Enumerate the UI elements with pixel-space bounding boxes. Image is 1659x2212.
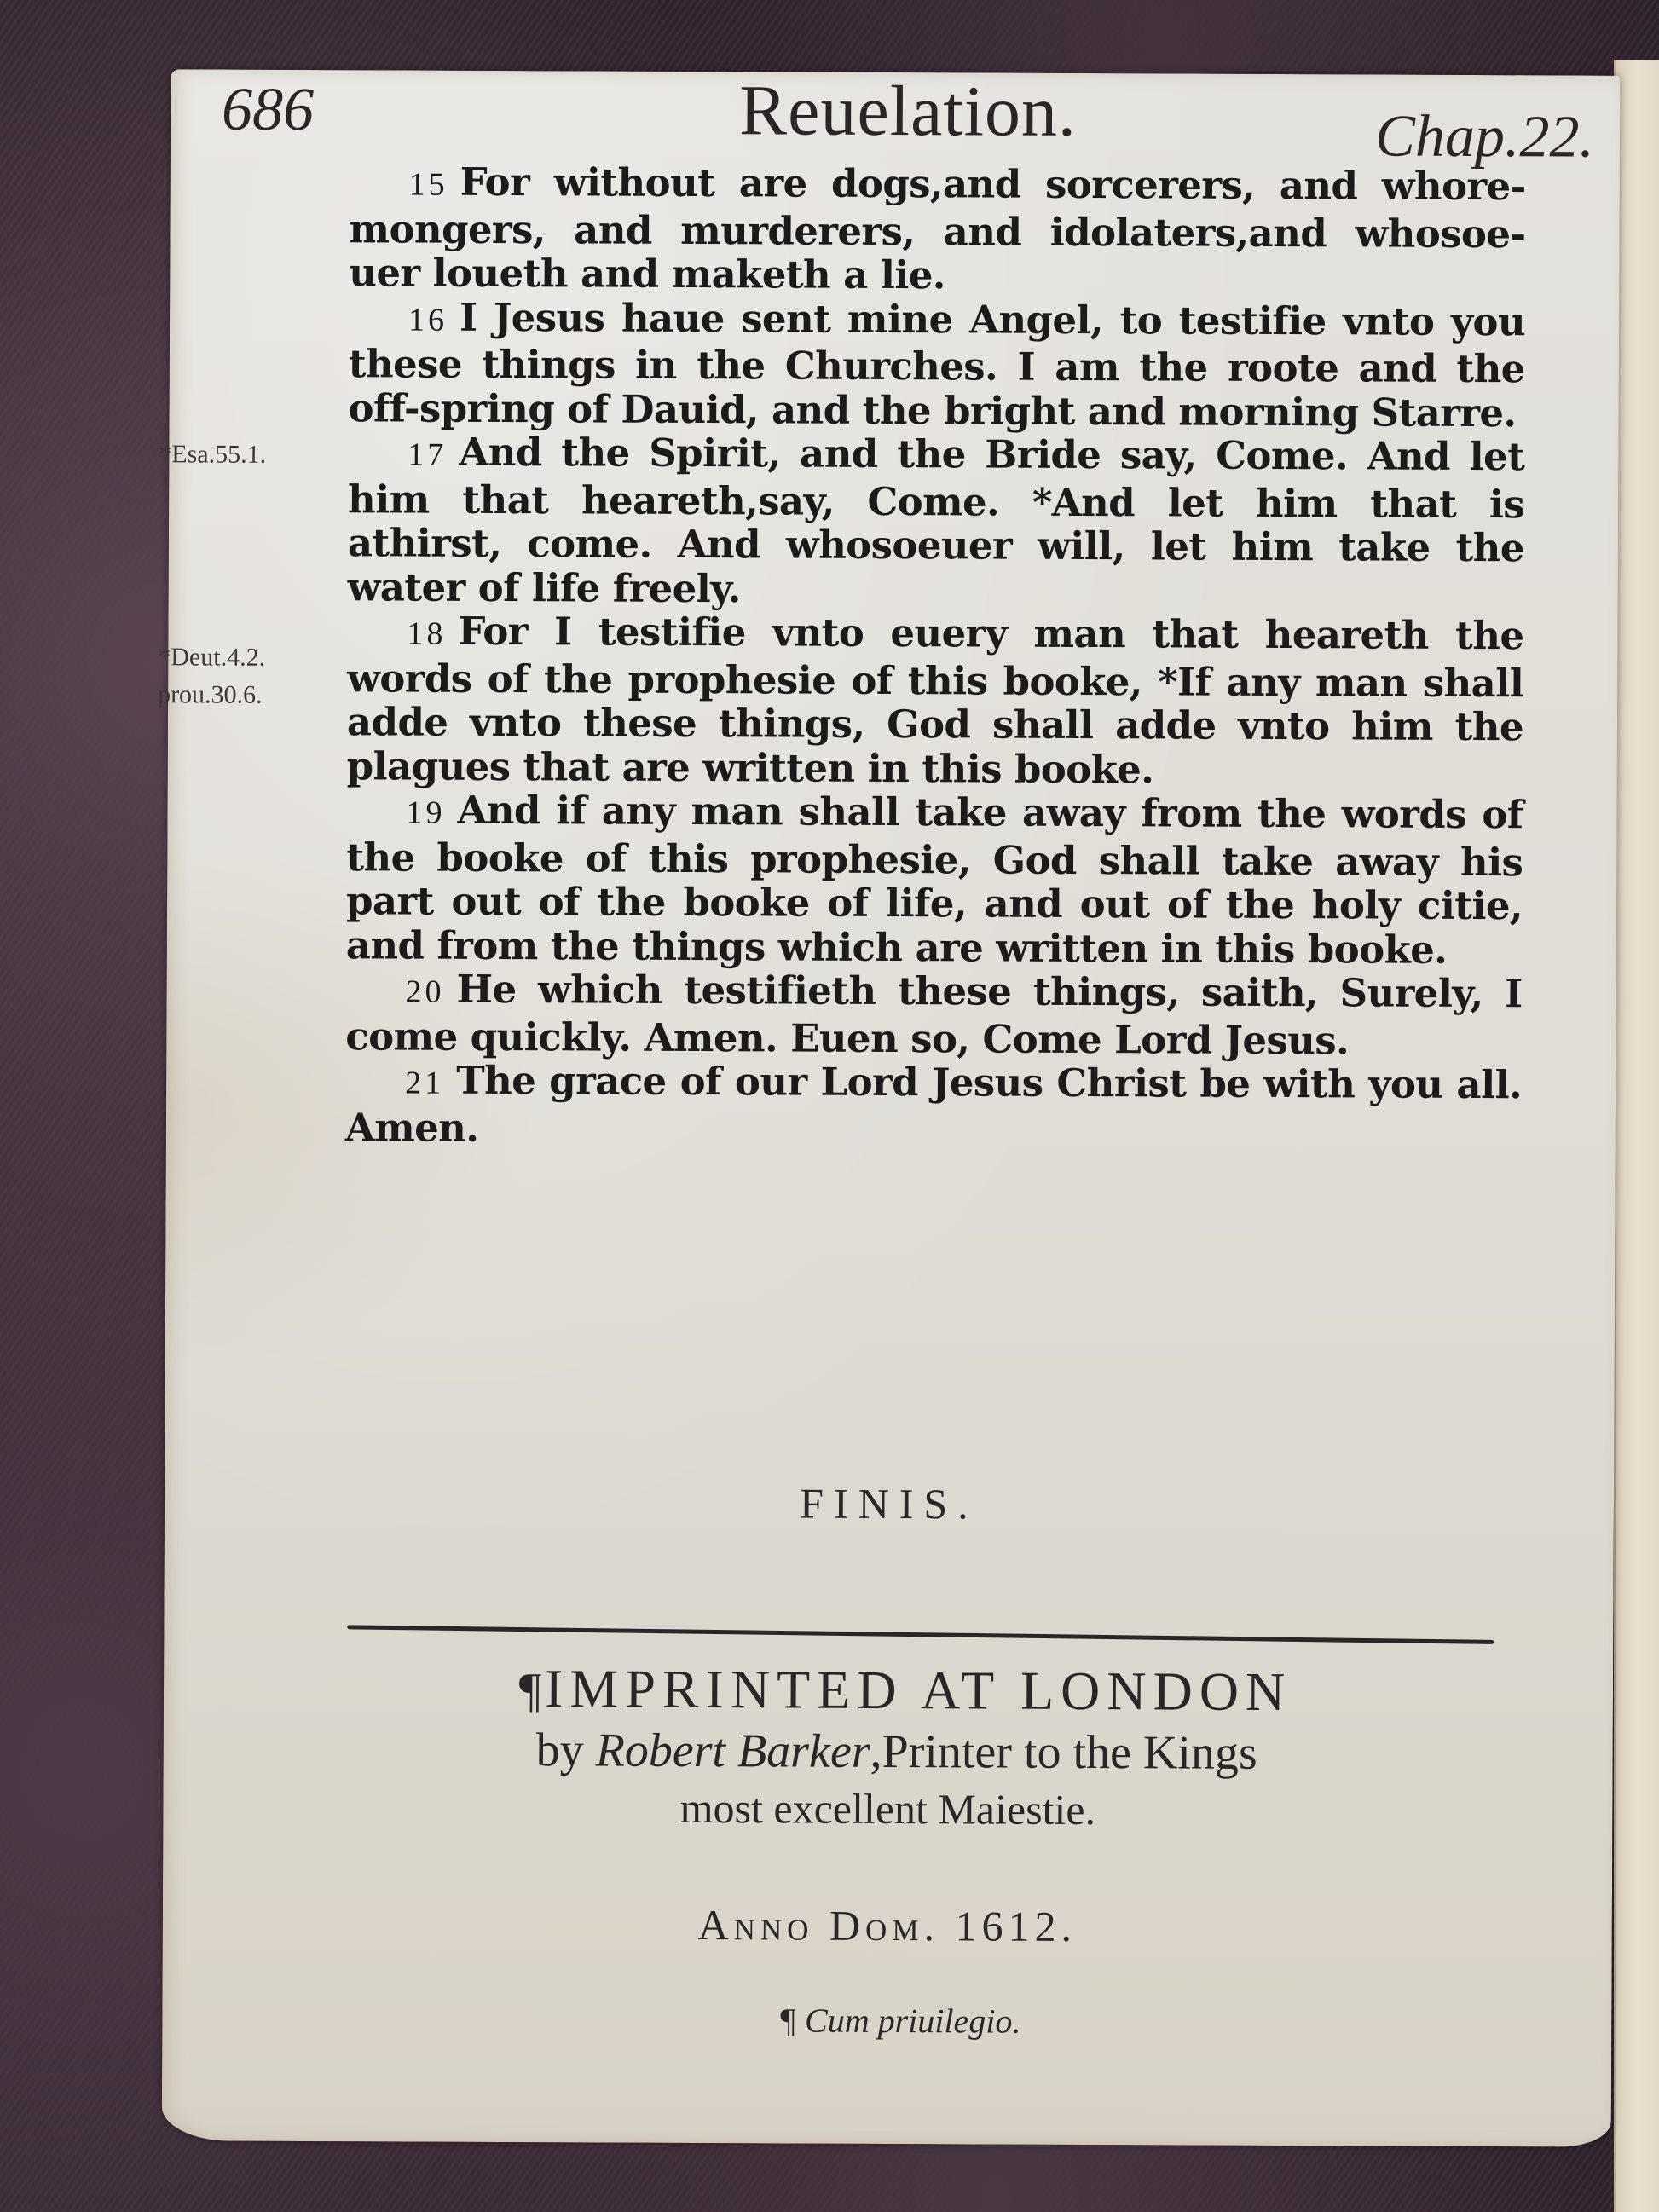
cum-privilegio: ¶ Cum priuilegio. — [162, 1997, 1611, 2043]
printer-name: Robert Barker — [596, 1724, 870, 1777]
verse-number: 17 — [408, 437, 447, 473]
imprint-heading: IMPRINTED AT LONDON — [545, 1658, 1292, 1722]
imprint-line-3: most excellent Maiestie. — [163, 1777, 1612, 1839]
anno-domini-date: Anno Dom. 1612. — [163, 1897, 1612, 1953]
imprint-printer-title: ,Printer to the Kings — [870, 1725, 1257, 1780]
book-page: 686 Reuelation. Chap.22. *Esa.55.1. *Deu… — [162, 69, 1621, 2146]
chapter-label: Chap.22. — [1375, 102, 1594, 171]
imprint-line-1: ¶IMPRINTED AT LONDON — [164, 1656, 1613, 1725]
verse-18: 18For I testifie vnto euery man that hea… — [347, 609, 1524, 793]
page-header: 686 Reuelation. Chap.22. — [222, 74, 1594, 174]
verse-19: 19And if any man shall take away from th… — [346, 788, 1523, 972]
margin-note-deut: *Deut.4.2. — [158, 638, 328, 677]
verse-text: And if any man shall take away from the … — [346, 788, 1523, 973]
verse-text: I Jesus haue sent mine Angel, to testifi… — [348, 294, 1525, 435]
pilcrow-icon: ¶ — [519, 1662, 542, 1718]
verse-text: For without are dogs,and sorcerers, and … — [349, 159, 1526, 297]
imprint-line-2: by Robert Barker,Printer to the Kings — [164, 1719, 1613, 1783]
verse-number: 20 — [405, 974, 444, 1010]
adjacent-page-edge — [1614, 60, 1659, 2212]
horizontal-rule — [347, 1625, 1494, 1644]
verse-text: And the Spirit, and the Bride say, Come.… — [348, 430, 1525, 611]
margin-note-prou: prou.30.6. — [158, 676, 328, 714]
verse-number: 18 — [407, 616, 446, 652]
verse-number: 15 — [409, 167, 448, 203]
imprint-by: by — [536, 1724, 596, 1776]
verse-20: 20He which testifieth these things, sait… — [345, 967, 1522, 1063]
verse-16: 16I Jesus haue sent mine Angel, to testi… — [348, 295, 1525, 436]
verse-number: 21 — [405, 1066, 444, 1101]
finis-label: FINIS. — [165, 1476, 1614, 1531]
verse-21: 21The grace of our Lord Jesus Christ be … — [345, 1058, 1522, 1154]
verse-text: He which testifieth these things, saith,… — [345, 967, 1522, 1063]
scripture-text: 15For without are dogs,and sorcerers, an… — [345, 159, 1526, 1154]
verse-15: 15For without are dogs,and sorcerers, an… — [349, 159, 1526, 300]
verse-number: 16 — [408, 302, 448, 338]
verse-number: 19 — [406, 795, 445, 831]
margin-note-esa: *Esa.55.1. — [159, 436, 329, 474]
verse-text: For I testifie vnto euery man that heare… — [347, 609, 1524, 792]
verse-17: 17And the Spirit, and the Bride say, Com… — [348, 430, 1525, 614]
colophon-imprint: ¶IMPRINTED AT LONDON by Robert Barker,Pr… — [163, 1656, 1613, 1839]
verse-text: The grace of our Lord Jesus Christ be wi… — [345, 1058, 1522, 1151]
